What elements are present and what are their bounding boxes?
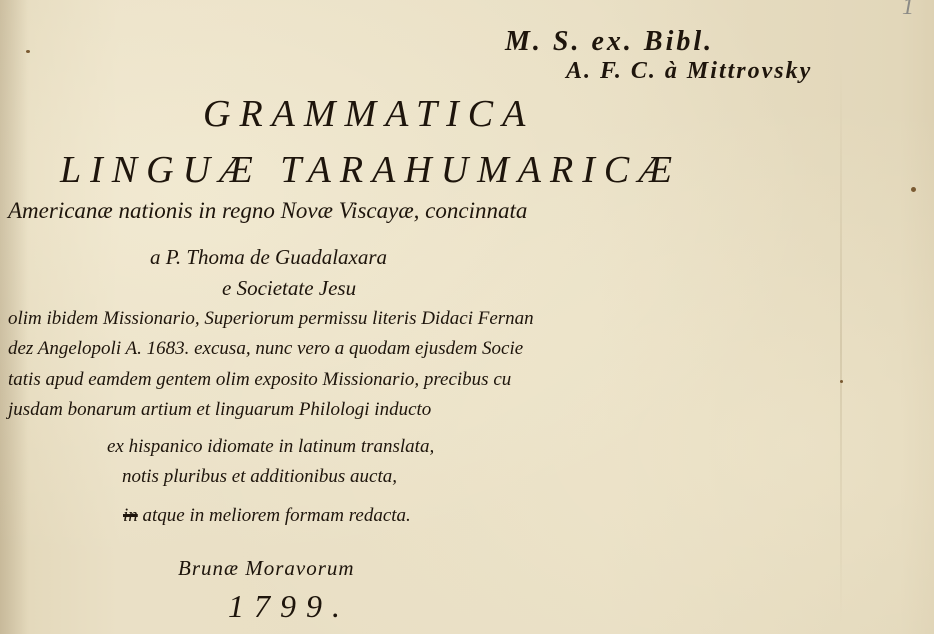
translation-line-3: in atque in meliorem formam redacta.: [123, 505, 411, 527]
body-line-2: dez Angelopoli A. 1683. excusa, nunc ver…: [8, 338, 523, 360]
struck-word: in: [123, 505, 138, 526]
folio-number: 1: [902, 0, 914, 21]
paper-speck: [911, 187, 916, 192]
subtitle-order: e Societate Jesu: [222, 276, 356, 301]
provenance-line-2: A. F. C. à Mittrovsky: [566, 58, 812, 85]
manuscript-page: 1 M. S. ex. Bibl. A. F. C. à Mittrovsky …: [0, 0, 934, 634]
paper-speck: [840, 380, 843, 383]
translation-line-1: ex hispanico idiomate in latinum transla…: [107, 436, 434, 458]
body-line-4: jusdam bonarum artium et linguarum Philo…: [8, 399, 431, 421]
paper-speck: [26, 50, 30, 53]
imprint-place: Brunæ Moravorum: [178, 556, 355, 581]
provenance-line-1: M. S. ex. Bibl.: [505, 26, 714, 58]
translation-line-3-text: atque in meliorem formam redacta.: [143, 505, 411, 526]
body-line-1: olim ibidem Missionario, Superiorum perm…: [8, 308, 534, 330]
translation-line-2: notis pluribus et additionibus aucta,: [122, 466, 397, 488]
title-line-2: LINGUÆ TARAHUMARICÆ: [60, 148, 681, 192]
subtitle-author: a P. Thoma de Guadalaxara: [150, 245, 387, 270]
body-line-3: tatis apud eamdem gentem olim exposito M…: [8, 369, 511, 391]
title-line-1: GRAMMATICA: [203, 92, 534, 136]
imprint-year: 1799.: [228, 588, 350, 625]
subtitle-line-1: Americanæ nationis in regno Novæ Viscayæ…: [8, 198, 527, 224]
paper-crease: [840, 60, 842, 630]
